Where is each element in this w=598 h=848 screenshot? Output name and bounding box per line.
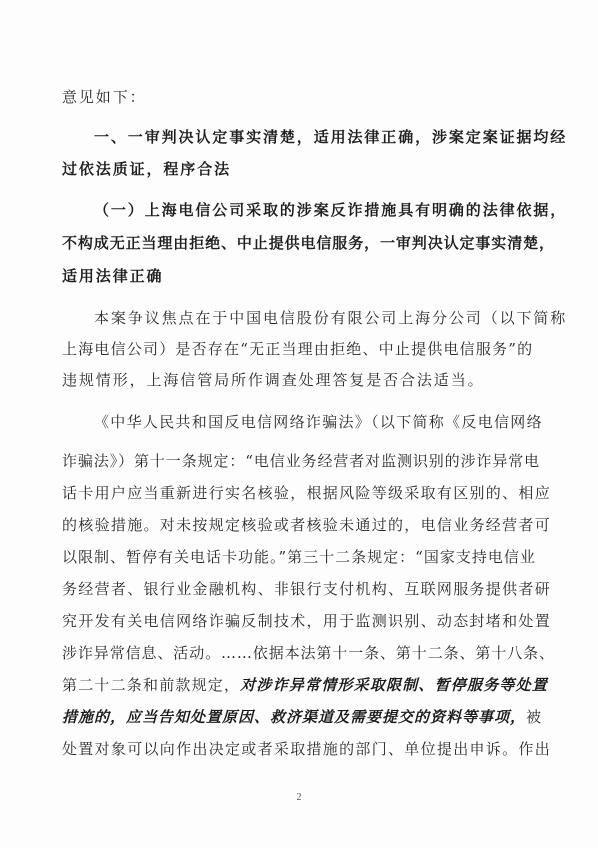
paragraph-law-line-9: 第二十二条和前款规定，对涉诈异常情形采取限制、暂停服务等处置 [62, 676, 510, 694]
paragraph-law-line-7: 究开发有关电信网络诈骗反制技术，用于监测识别、动态封堵和处置 [62, 612, 510, 630]
paragraph-law-line-5: 以限制、暂停有关电话卡功能。”第三十二条规定：“国家支持电信业 [62, 548, 510, 566]
emphasized-text: 措施的，应当告知处置原因、救济渠道及需要提交的资料等事项， [62, 708, 526, 726]
opinion-intro: 意见如下： [62, 88, 510, 106]
section-heading-1: 一、一审判决认定事实清楚，适用法律正确，涉案定案证据均经 [94, 128, 510, 146]
paragraph-law-line-6: 务经营者、银行业金融机构、非银行支付机构、互联网服务提供者研 [62, 580, 510, 598]
subsection-heading-1: （一）上海电信公司采取的涉案反诈措施具有明确的法律依据， [94, 201, 510, 219]
paragraph-law-line-11: 处置对象可以向作出决定或者采取措施的部门、单位提出申诉。作出 [62, 740, 510, 758]
page-number: 2 [0, 792, 598, 803]
paragraph-dispute-line-2: 上海电信公司）是否存在“无正当理由拒绝、中止提供电信服务”的 [62, 340, 510, 358]
emphasized-text: 对涉诈异常情形采取限制、暂停服务等处置 [240, 676, 548, 694]
plain-text: 被 [526, 708, 542, 726]
subsection-heading-1-end: 适用法律正确 [62, 267, 510, 285]
plain-text: 第二十二条和前款规定， [62, 676, 240, 694]
paragraph-law-line-4: 的核验措施。对未按规定核验或者核验未通过的，电信业务经营者可 [62, 516, 510, 534]
paragraph-law-line-2: 诈骗法》）第十一条规定：“电信业务经营者对监测识别的涉诈异常电 [62, 452, 510, 470]
paragraph-law-line-1: 《中华人民共和国反电信网络诈骗法》（以下简称《反电信网络 [94, 413, 510, 431]
paragraph-law-line-8: 涉诈异常信息、活动。……依据本法第十一条、第十二条、第十八条、 [62, 644, 510, 662]
paragraph-law-line-3: 话卡用户应当重新进行实名核验，根据风险等级采取有区别的、相应 [62, 484, 510, 502]
paragraph-dispute-line-3: 违规情形，上海信管局所作调查处理答复是否合法适当。 [62, 371, 510, 389]
paragraph-law-line-10: 措施的，应当告知处置原因、救济渠道及需要提交的资料等事项，被 [62, 708, 510, 726]
document-page: 意见如下： 一、一审判决认定事实清楚，适用法律正确，涉案定案证据均经 过依法质证… [0, 0, 598, 848]
subsection-heading-1-cont: 不构成无正当理由拒绝、中止提供电信服务，一审判决认定事实清楚， [62, 234, 510, 252]
paragraph-dispute-line-1: 本案争议焦点在于中国电信股份有限公司上海分公司（以下简称 [94, 309, 510, 327]
section-heading-1-cont: 过依法质证，程序合法 [62, 160, 510, 178]
